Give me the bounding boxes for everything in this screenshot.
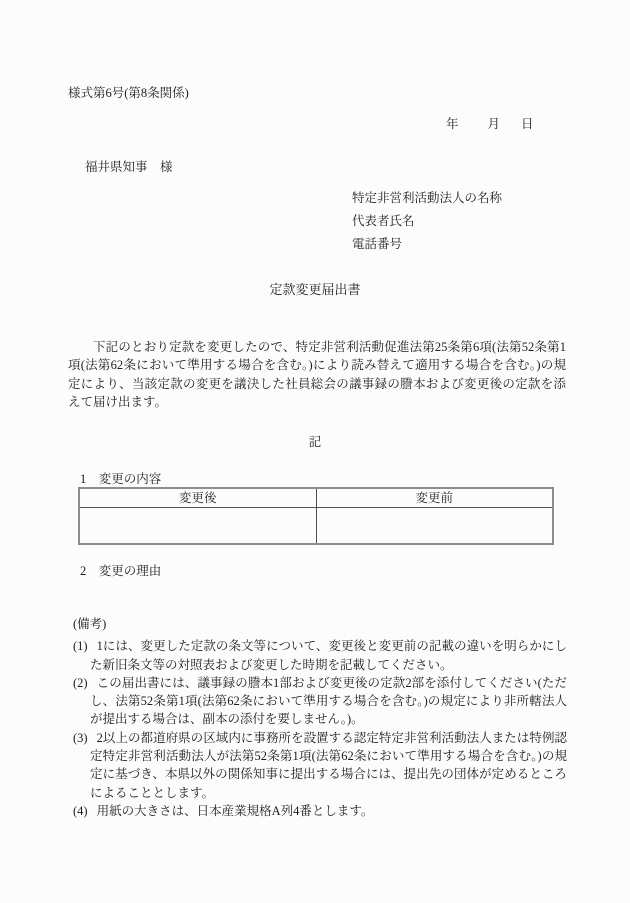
before-change-cell <box>316 508 553 545</box>
remark-item-4: (4)用紙の大きさは、日本産業規格A列4番とします。 <box>73 802 567 820</box>
remark-item-1: (1)1には、変更した定款の条文等について、変更後と変更前の記載の違いを明らかに… <box>73 637 567 674</box>
addressee: 福井県知事 様 <box>85 158 173 176</box>
change-table-body-row <box>79 508 553 545</box>
change-table: 変更後 変更前 <box>78 487 554 545</box>
remark-3-text: 2以上の都道府県の区域内に事務所を設置する認定特定非営利活動法人または特例認定特… <box>90 731 567 800</box>
remark-1-label: (1) <box>73 639 88 653</box>
remark-item-2: (2)この届出書には、議事録の謄本1部および変更後の定款2部を添付してください(… <box>73 674 567 729</box>
phone-number-label: 電話番号 <box>352 233 502 256</box>
before-change-column-header: 変更前 <box>316 488 553 508</box>
day-label: 日 <box>521 117 534 131</box>
remark-2-text: この届出書には、議事録の謄本1部および変更後の定款2部を添付してください(ただし… <box>90 676 567 727</box>
document-title: 定款変更届出書 <box>0 281 630 299</box>
year-label: 年 <box>446 117 459 131</box>
remarks-heading: (備考) <box>73 615 567 633</box>
body-paragraph: 下記のとおり定款を変更したので、特定非営利活動促進法第25条第6項(法第52条第… <box>68 338 566 412</box>
remark-4-label: (4) <box>73 804 88 818</box>
record-marker: 記 <box>0 433 630 451</box>
change-table-header-row: 変更後 変更前 <box>79 488 553 508</box>
form-number: 様式第6号(第8条関係) <box>68 84 189 102</box>
remark-4-text: 用紙の大きさは、日本産業規格A列4番とします。 <box>97 804 374 818</box>
section1-heading: 1 変更の内容 <box>80 470 161 488</box>
remarks-block: (備考) (1)1には、変更した定款の条文等について、変更後と変更前の記載の違い… <box>73 615 567 820</box>
representative-name-label: 代表者氏名 <box>352 210 502 233</box>
remark-1-text: 1には、変更した定款の条文等について、変更後と変更前の記載の違いを明らかにした新… <box>90 639 567 671</box>
section2-heading: 2 変更の理由 <box>80 562 161 580</box>
date-line: 年月日 <box>446 115 534 133</box>
remark-2-label: (2) <box>73 676 88 690</box>
remark-item-3: (3)2以上の都道府県の区域内に事務所を設置する認定特定非営利活動法人または特例… <box>73 729 567 802</box>
month-label: 月 <box>488 117 501 131</box>
npo-name-label: 特定非営利活動法人の名称 <box>352 187 502 210</box>
after-change-column-header: 変更後 <box>79 488 316 508</box>
applicant-block: 特定非営利活動法人の名称 代表者氏名 電話番号 <box>352 187 502 256</box>
remark-3-label: (3) <box>73 731 88 745</box>
after-change-cell <box>79 508 316 545</box>
document-page: 様式第6号(第8条関係) 年月日 福井県知事 様 特定非営利活動法人の名称 代表… <box>0 0 630 903</box>
